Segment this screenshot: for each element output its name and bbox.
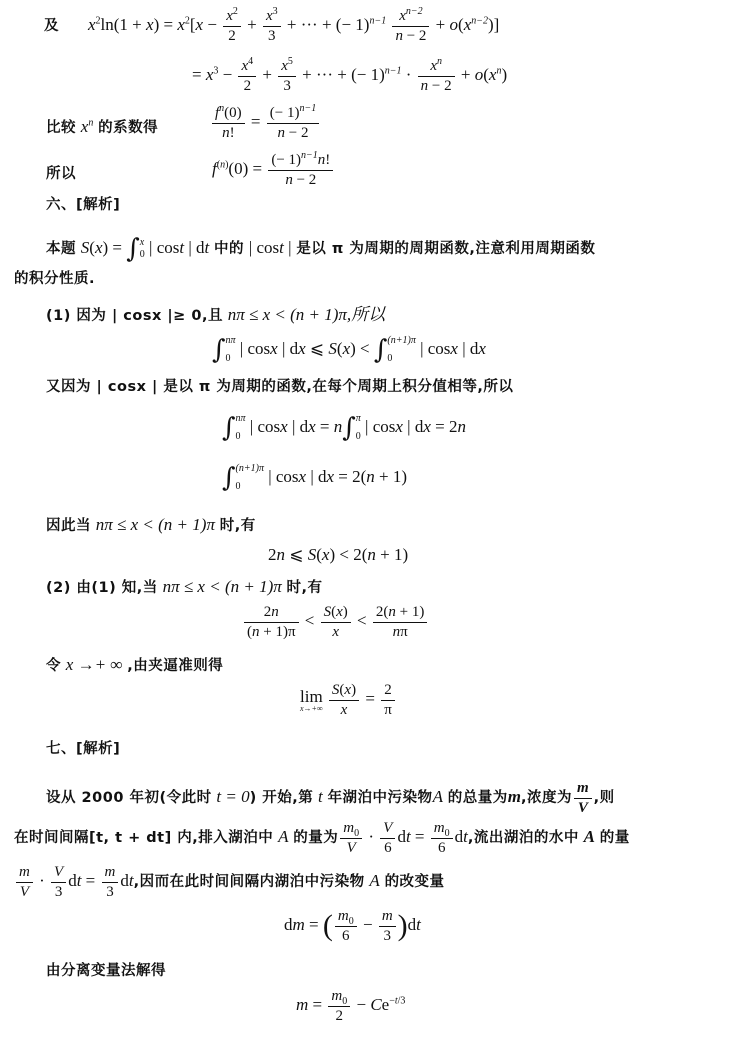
eq-p1-bounds-S: 2n ⩽ S(x) < 2(n + 1) [268,546,408,563]
p1-line2: 又因为 | cosx | 是以 π 为周期的函数,在每个周期上积分值相等,所以 [46,380,513,395]
s6-intro-continued: 的积分性质. [14,272,95,287]
s7-line4: 由分离变量法解得 [46,964,166,979]
eq-s7-solution: m = m02 − Ce−t/3 [296,988,405,1024]
eq-p2-limit: limx→+∞ S(x)x = 2π [300,682,397,718]
s7-line2: 在时间间隔[t, t + dt] 内,排入湖泊中 A 的量为m0V · V6dt… [14,820,630,856]
section-6-heading: 六、[解析] [46,198,120,213]
eq-expansion-rhs: = x3 − x42 + x53 + ··· + (− 1)n−1 · xnn … [192,58,507,94]
p1-line1: (1) 因为 | cosx |≥ 0,且 nπ ≤ x < (n + 1)π,所… [46,306,385,324]
s7-line1: 设从 2000 年初(令此时 t = 0) 开始,第 t 年湖泊中污染物A 的总… [46,780,615,816]
line-ji: 及 [44,18,59,34]
p2-line2: 令 x →+ ∞ ,由夹逼准则得 [46,656,223,674]
s7-line3: mV · V3dt = m3dt,因而在此时间间隔内湖泊中污染物 A 的改变量 [14,864,445,900]
eq-p2-ratio-bounds: 2n(n + 1)π < S(x)x < 2(n + 1)nπ [242,604,429,640]
eq-compare-coefficients: fn(0)n! = (− 1)n−1n − 2 [210,105,321,141]
label-ji: 及 [44,18,59,34]
eq-x2ln-expansion: x2ln(1 + x) = x2[x − x22 + x33 + ··· + (… [88,8,499,44]
line-compare: 比较 xn 的系数得 [46,118,158,136]
eq-p1-integral-n1: ∫(n+1)π0 | cosx | dx = 2(n + 1) [222,460,407,496]
eq-p1-integral-n: ∫nπ0 | cosx | dx = n∫π0 | cosx | dx = 2n [222,410,466,446]
s6-intro: 本题 S(x) = ∫x0 | cost | dt 中的 | cost | 是以… [46,236,595,262]
line-therefore: 所以 [46,166,76,182]
eq-fn-zero: f(n)(0) = (− 1)n−1n!n − 2 [212,152,335,188]
eq-s7-dm: dm = (m06 − m3)dt [284,908,421,944]
eq-p1-integral-bounds: ∫nπ0 | cosx | dx ⩽ S(x) < ∫(n+1)π0 | cos… [212,332,486,368]
p1-line3: 因此当 nπ ≤ x < (n + 1)π 时,有 [46,516,256,534]
p2-line1: (2) 由(1) 知,当 nπ ≤ x < (n + 1)π 时,有 [46,578,323,596]
section-7-heading: 七、[解析] [46,742,120,757]
